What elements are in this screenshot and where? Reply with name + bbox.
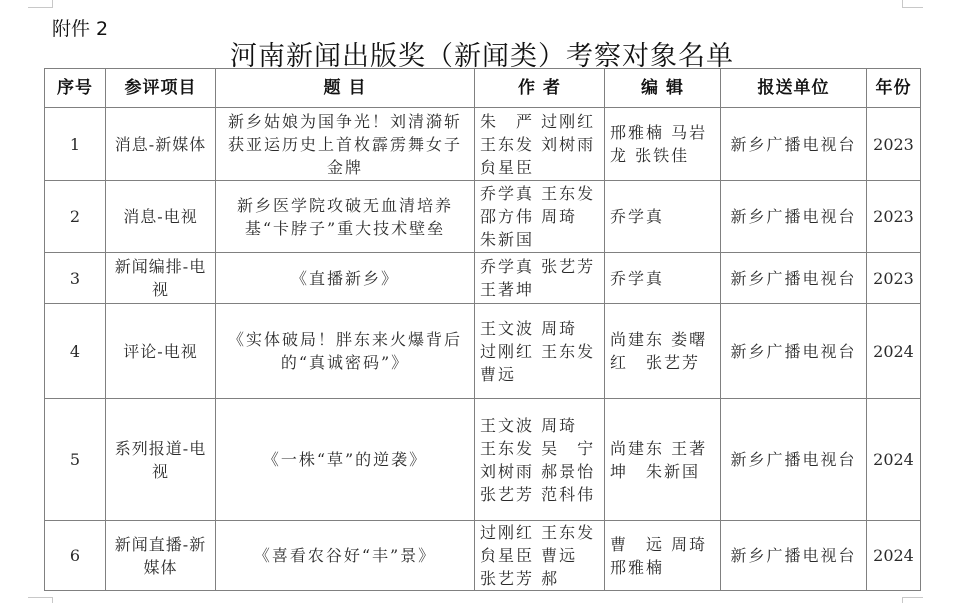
table-header-row: 序号 参评项目 题 目 作 者 编 辑 报送单位 年份 (45, 69, 921, 108)
header-year: 年份 (867, 69, 921, 108)
cell-year: 2024 (867, 399, 921, 521)
cell-index: 5 (45, 399, 106, 521)
cell-work-title: 《实体破局！胖东来火爆背后的“真诚密码”》 (216, 304, 475, 399)
cell-authors: 王文波 周琦 过刚红 王东发 曹远 (475, 304, 605, 399)
cell-unit: 新乡广播电视台 (721, 521, 867, 591)
header-authors: 作 者 (475, 69, 605, 108)
cell-year: 2024 (867, 521, 921, 591)
header-index: 序号 (45, 69, 106, 108)
page-corner-mark-top-left (28, 0, 53, 8)
cell-authors-text: 过刚红 王东发 贠星臣 曹远 张艺芳 郝 (480, 521, 599, 590)
cell-work-title: 新乡医学院攻破无血清培养基“卡脖子”重大技术壁垒 (216, 181, 475, 253)
table-row: 1 消息-新媒体 新乡姑娘为国争光！刘清漪斩获亚运历史上首枚霹雳舞女子金牌 朱 … (45, 108, 921, 181)
cell-work-title: 《直播新乡》 (216, 253, 475, 304)
cell-index: 4 (45, 304, 106, 399)
table-row: 4 评论-电视 《实体破局！胖东来火爆背后的“真诚密码”》 王文波 周琦 过刚红… (45, 304, 921, 399)
cell-editors: 邢雅楠 马岩龙 张铁佳 (605, 108, 721, 181)
header-work-title: 题 目 (216, 69, 475, 108)
cell-index: 6 (45, 521, 106, 591)
cell-authors: 朱 严 过刚红 王东发 刘树雨 贠星臣 (475, 108, 605, 181)
cell-unit: 新乡广播电视台 (721, 399, 867, 521)
cell-authors: 王文波 周琦 王东发 吴 宁 刘树雨 郝景怡 张艺芳 范科伟 (475, 399, 605, 521)
cell-category: 评论-电视 (106, 304, 216, 399)
cell-category: 消息-电视 (106, 181, 216, 253)
cell-year: 2024 (867, 304, 921, 399)
cell-unit: 新乡广播电视台 (721, 108, 867, 181)
table-row: 5 系列报道-电视 《一株“草”的逆袭》 王文波 周琦 王东发 吴 宁 刘树雨 … (45, 399, 921, 521)
cell-category: 消息-新媒体 (106, 108, 216, 181)
cell-category: 新闻编排-电视 (106, 253, 216, 304)
table-row: 2 消息-电视 新乡医学院攻破无血清培养基“卡脖子”重大技术壁垒 乔学真 王东发… (45, 181, 921, 253)
cell-year: 2023 (867, 181, 921, 253)
cell-work-title: 《喜看农谷好“丰”景》 (216, 521, 475, 591)
cell-unit: 新乡广播电视台 (721, 304, 867, 399)
header-unit: 报送单位 (721, 69, 867, 108)
page-corner-mark-top-right (902, 0, 923, 8)
table-row: 3 新闻编排-电视 《直播新乡》 乔学真 张艺芳 王著坤 乔学真 新乡广播电视台… (45, 253, 921, 304)
cell-authors: 乔学真 王东发 邵方伟 周琦 朱新国 (475, 181, 605, 253)
header-category: 参评项目 (106, 69, 216, 108)
cell-work-title: 《一株“草”的逆袭》 (216, 399, 475, 521)
page-corner-mark-bottom-left (28, 597, 53, 603)
cell-unit: 新乡广播电视台 (721, 181, 867, 253)
cell-year: 2023 (867, 253, 921, 304)
cell-year: 2023 (867, 108, 921, 181)
cell-authors: 过刚红 王东发 贠星臣 曹远 张艺芳 郝 (475, 521, 605, 591)
cell-category: 系列报道-电视 (106, 399, 216, 521)
header-editors: 编 辑 (605, 69, 721, 108)
cell-authors: 乔学真 张艺芳 王著坤 (475, 253, 605, 304)
cell-index: 3 (45, 253, 106, 304)
cell-editors: 乔学真 (605, 253, 721, 304)
nominee-table: 序号 参评项目 题 目 作 者 编 辑 报送单位 年份 1 消息-新媒体 新乡姑… (44, 68, 921, 591)
page-corner-mark-bottom-right (902, 597, 923, 603)
cell-editors: 尚建东 王著坤 朱新国 (605, 399, 721, 521)
cell-editors: 乔学真 (605, 181, 721, 253)
cell-index: 1 (45, 108, 106, 181)
cell-work-title: 新乡姑娘为国争光！刘清漪斩获亚运历史上首枚霹雳舞女子金牌 (216, 108, 475, 181)
cell-index: 2 (45, 181, 106, 253)
cell-category: 新闻直播-新媒体 (106, 521, 216, 591)
cell-editors: 尚建东 娄曙红 张艺芳 (605, 304, 721, 399)
cell-unit: 新乡广播电视台 (721, 253, 867, 304)
cell-editors: 曹 远 周琦 邢雅楠 (605, 521, 721, 591)
table-row: 6 新闻直播-新媒体 《喜看农谷好“丰”景》 过刚红 王东发 贠星臣 曹远 张艺… (45, 521, 921, 591)
